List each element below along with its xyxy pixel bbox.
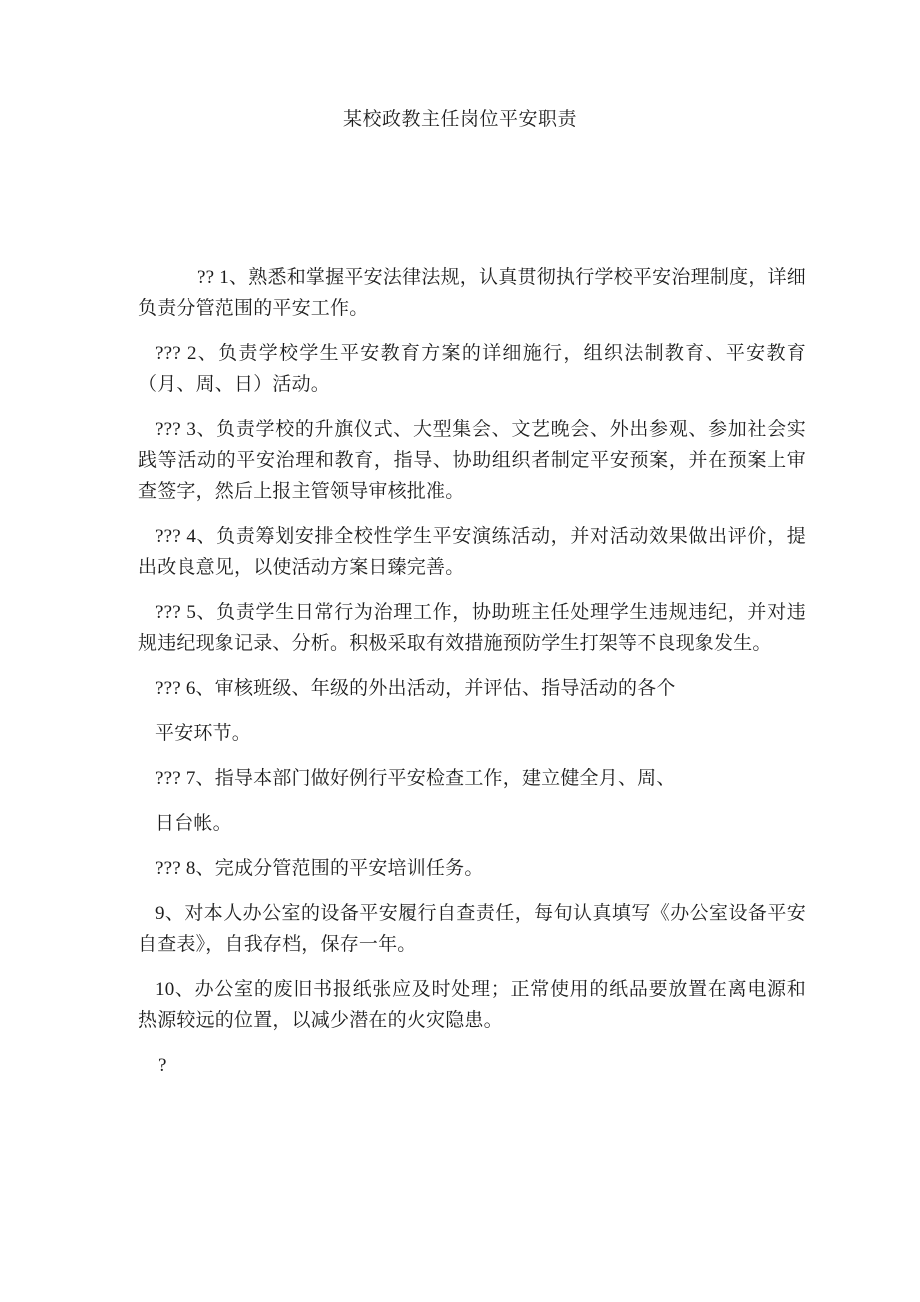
document-body: ?? 1、熟悉和掌握平安法律法规，认真贯彻执行学校平安治理制度，详细负责分管范围… — [0, 262, 920, 1081]
doc-paragraph-7-continuation: 日台帐。 — [138, 808, 806, 839]
doc-trailing-question-mark: ? — [138, 1050, 806, 1081]
document-title: 某校政教主任岗位平安职责 — [0, 0, 920, 135]
doc-paragraph-7: ??? 7、指导本部门做好例行平安检查工作，建立健全月、周、 — [138, 763, 806, 794]
doc-paragraph-6-continuation: 平安环节。 — [138, 718, 806, 749]
doc-paragraph-4: ??? 4、负责筹划安排全校性学生平安演练活动，并对活动效果做出评价，提出改良意… — [138, 521, 806, 583]
doc-paragraph-1: ?? 1、熟悉和掌握平安法律法规，认真贯彻执行学校平安治理制度，详细负责分管范围… — [138, 262, 806, 324]
doc-paragraph-5: ??? 5、负责学生日常行为治理工作，协助班主任处理学生违规违纪，并对违规违纪现… — [138, 597, 806, 659]
doc-paragraph-3: ??? 3、负责学校的升旗仪式、大型集会、文艺晚会、外出参观、参加社会实践等活动… — [138, 414, 806, 507]
document-page: 某校政教主任岗位平安职责 ?? 1、熟悉和掌握平安法律法规，认真贯彻执行学校平安… — [0, 0, 920, 1302]
doc-paragraph-2: ??? 2、负责学校学生平安教育方案的详细施行，组织法制教育、平安教育（月、周、… — [138, 338, 806, 400]
doc-paragraph-6: ??? 6、审核班级、年级的外出活动，并评估、指导活动的各个 — [138, 673, 806, 704]
doc-paragraph-8: ??? 8、完成分管范围的平安培训任务。 — [138, 853, 806, 884]
doc-paragraph-9: 9、对本人办公室的设备平安履行自查责任，每旬认真填写《办公室设备平安自查表》，自… — [138, 898, 806, 960]
doc-paragraph-10: 10、办公室的废旧书报纸张应及时处理；正常使用的纸品要放置在离电源和热源较远的位… — [138, 974, 806, 1036]
